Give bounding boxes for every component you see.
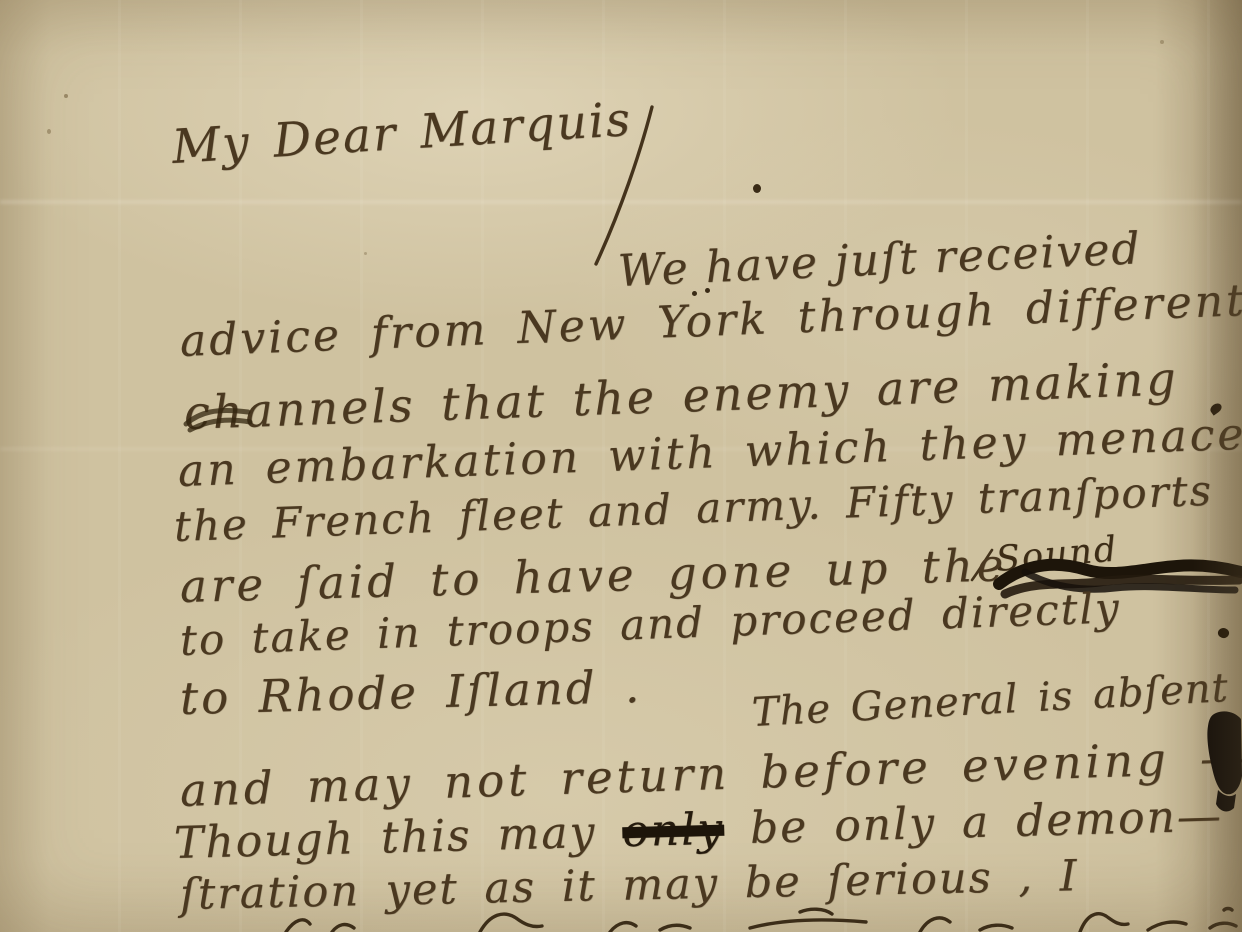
line-general: The General is abſent — xyxy=(751,662,1242,736)
correction-scribble xyxy=(182,398,254,438)
stray-ink-dot xyxy=(705,288,710,293)
struck-word-only: only xyxy=(622,804,725,858)
line-demonstration-post: be only a demon— xyxy=(723,791,1223,855)
paper-speck xyxy=(364,252,367,255)
paper-speck xyxy=(64,94,68,98)
salutation: My Dear Marquis xyxy=(170,92,633,175)
letter-page: My Dear Marquis We have juſt received ad… xyxy=(0,0,1242,932)
line-demonstration-pre: Though this may xyxy=(173,806,623,869)
stray-ink-dot xyxy=(753,184,761,193)
cut-off-line-fragment xyxy=(280,906,1240,932)
ink-blot xyxy=(1196,710,1242,814)
paper-speck xyxy=(47,129,51,134)
paper-speck xyxy=(1160,40,1164,44)
ink-dot-right xyxy=(1217,626,1231,639)
line-rhode-island: to Rhode Iſland . xyxy=(179,660,642,725)
